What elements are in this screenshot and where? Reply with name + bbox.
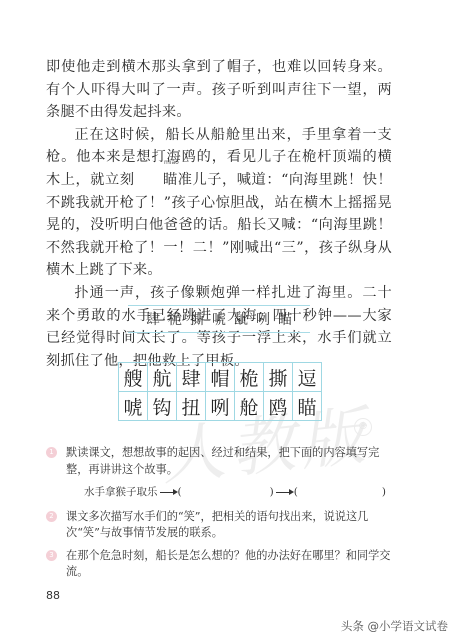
- registered-mark-icon: ®: [354, 418, 372, 436]
- circled-number-icon: 3: [46, 550, 57, 561]
- paragraph-1: 即使他走到横木那头拿到了帽子，也难以回转身来。有个人吓得大叫了一声。孩子听到叫声…: [46, 56, 392, 124]
- vocab-char: 龇: [234, 309, 248, 329]
- char-cell: 唬: [119, 392, 148, 421]
- close-paren: ): [270, 484, 274, 501]
- char-cell: 帽: [206, 363, 235, 392]
- pinyin-annotation: miáo: [136, 160, 179, 166]
- char-cell: 钩: [148, 392, 177, 421]
- pinyin-annotated-char: miáo瞄: [135, 169, 178, 192]
- vocab-char: 撕: [190, 309, 204, 329]
- arrow-right-icon: [160, 492, 176, 493]
- char-cell: 桅: [235, 363, 264, 392]
- exercise-text: 在那个危急时刻，船长是怎么想的？他的办法好在哪里？和同学交流。: [66, 549, 390, 579]
- textbook-page: 即使他走到横木那头拿到了帽子，也难以回转身来。有个人吓得大叫了一声。孩子听到叫声…: [0, 0, 458, 640]
- close-paren: ): [382, 484, 386, 501]
- writing-char-grid: 艘 航 肆 帽 桅 撕 逗 唬 钩 扭 咧 舱 鸥 瞄: [118, 362, 322, 421]
- vocab-char: 瞄: [278, 309, 292, 329]
- vocab-char: 桅: [168, 309, 182, 329]
- open-paren: (: [294, 484, 298, 501]
- char-grid-row: 艘 航 肆 帽 桅 撕 逗: [119, 363, 322, 392]
- char-cell: 肆: [177, 363, 206, 392]
- exercise-item: 1 默读课文，想想故事的起因、经过和结果，把下面的内容填写完整，再讲讲这个故事。: [46, 445, 396, 478]
- exercise-text: 默读课文，想想故事的起因、经过和结果，把下面的内容填写完整，再讲讲这个故事。: [66, 446, 379, 476]
- paragraph-2: 正在这时候，船长从船舱里出来，手里拿着一支枪。他本来是想打海鸥的，看见儿子在桅杆…: [46, 124, 392, 282]
- source-watermark: 头条 @小学语文试卷: [341, 618, 448, 634]
- vocab-strip: 肆 桅 撕 唬 龇 咧 瞄: [128, 305, 310, 333]
- open-paren: (: [178, 484, 182, 501]
- char-cell: 咧: [206, 392, 235, 421]
- exercise-item: 2 课文多次描写水手们的“笑”，把相关的语句找出来，说说这几次“笑”与故事情节发…: [46, 509, 396, 542]
- exercise-item: 3 在那个危急时刻，船长是怎么想的？他的办法好在哪里？和同学交流。: [46, 548, 396, 581]
- char-cell: 撕: [264, 363, 293, 392]
- char-cell: 鸥: [264, 392, 293, 421]
- char-cell: 艘: [119, 363, 148, 392]
- vocab-char: 肆: [146, 309, 160, 329]
- exercise-text: 课文多次描写水手们的“笑”，把相关的语句找出来，说说这几次“笑”与故事情节发展的…: [66, 510, 368, 540]
- char-grid-row: 唬 钩 扭 咧 舱 鸥 瞄: [119, 392, 322, 421]
- char-cell: 舱: [235, 392, 264, 421]
- char-cell: 逗: [293, 363, 322, 392]
- char-cell: 扭: [177, 392, 206, 421]
- circled-number-icon: 2: [46, 511, 57, 522]
- char-cell: 瞄: [293, 392, 322, 421]
- exercise-list: 1 默读课文，想想故事的起因、经过和结果，把下面的内容填写完整，再讲讲这个故事。…: [46, 445, 396, 587]
- circled-number-icon: 1: [46, 447, 57, 458]
- annotated-char: 瞄: [163, 172, 178, 188]
- char-cell: 航: [148, 363, 177, 392]
- vocab-char: 咧: [256, 309, 270, 329]
- arrow-right-icon: [276, 492, 292, 493]
- flow-start: 水手拿猴子取乐: [84, 484, 158, 501]
- page-number: 88: [46, 589, 60, 602]
- vocab-char: 唬: [212, 309, 226, 329]
- story-flow-blanks: 水手拿猴子取乐 ( ) ( ): [46, 484, 396, 501]
